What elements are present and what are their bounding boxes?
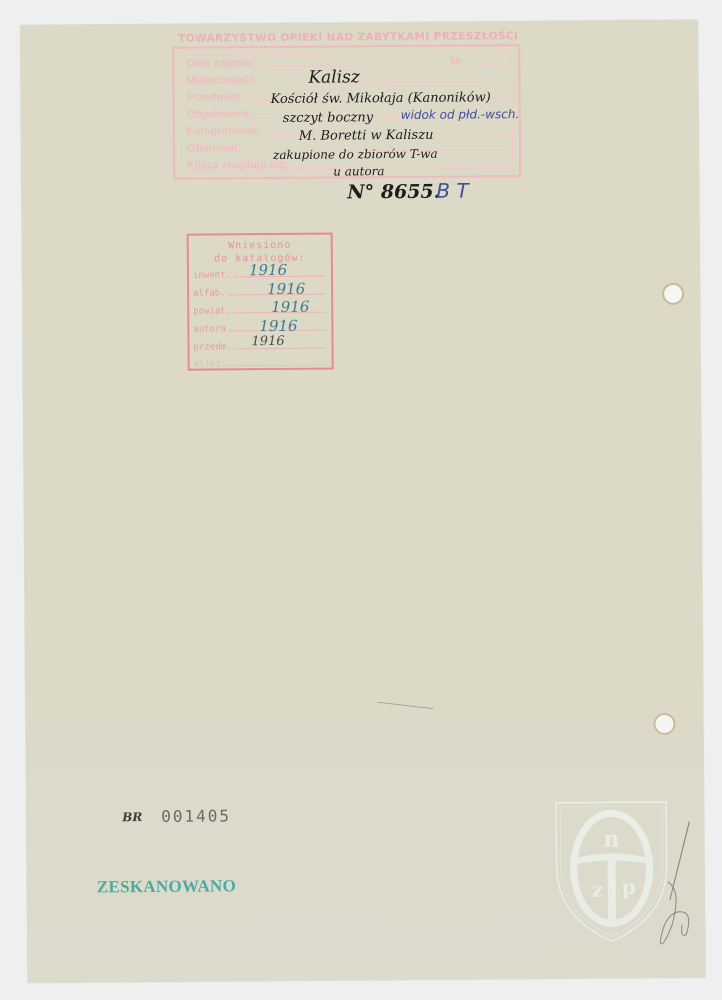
catalog-row-negatives: klisz: [194, 355, 326, 370]
svg-text:p: p: [622, 875, 636, 899]
inventory-number: 001405: [161, 806, 231, 826]
scanned-stamp: ZESKANOWANO: [97, 876, 236, 897]
handwritten-subject: Kościół św. Mikołaja (Kanoników): [271, 90, 491, 107]
society-stamp-header: TOWARZYSTWO OPIEKI NAD ZABYTKAMI PRZESZŁ…: [178, 30, 558, 45]
catalog-value-subject: 1916: [251, 334, 284, 349]
catalog-entry-stamp: Wniesiono do katalogów: inwent. alfab. p…: [187, 233, 334, 371]
document-sheet: TOWARZYSTWO OPIEKI NAD ZABYTKAMI PRZESZŁ…: [20, 20, 706, 983]
svg-text:z: z: [592, 877, 604, 901]
svg-text:n: n: [603, 826, 619, 852]
catalog-value-district: 1916: [271, 298, 309, 316]
catalog-value-inventory: 1916: [249, 261, 287, 279]
handwritten-view-note: widok od płd.-wsch.: [401, 107, 520, 122]
catalog-value-author: 1916: [259, 317, 297, 335]
handwritten-donor: zakupione do zbiorów T-wa: [273, 147, 438, 162]
catalog-value-alphabetical: 1916: [267, 280, 305, 298]
catalog-number-suffix: B T: [436, 178, 468, 202]
handwritten-photographer: M. Boretti w Kaliszu: [299, 128, 434, 144]
punch-hole-top: [664, 285, 682, 303]
pencil-signature: [641, 820, 702, 960]
br-prefix: BR: [122, 810, 142, 824]
handwritten-explanation: szczyt boczny: [283, 110, 373, 126]
pencil-mark: [375, 700, 435, 710]
handwritten-place: Kalisz: [308, 67, 360, 87]
catalog-number: N° 8655.: [347, 181, 440, 204]
punch-hole-bottom: [655, 715, 673, 733]
handwritten-negative-location: u autora: [333, 164, 384, 178]
